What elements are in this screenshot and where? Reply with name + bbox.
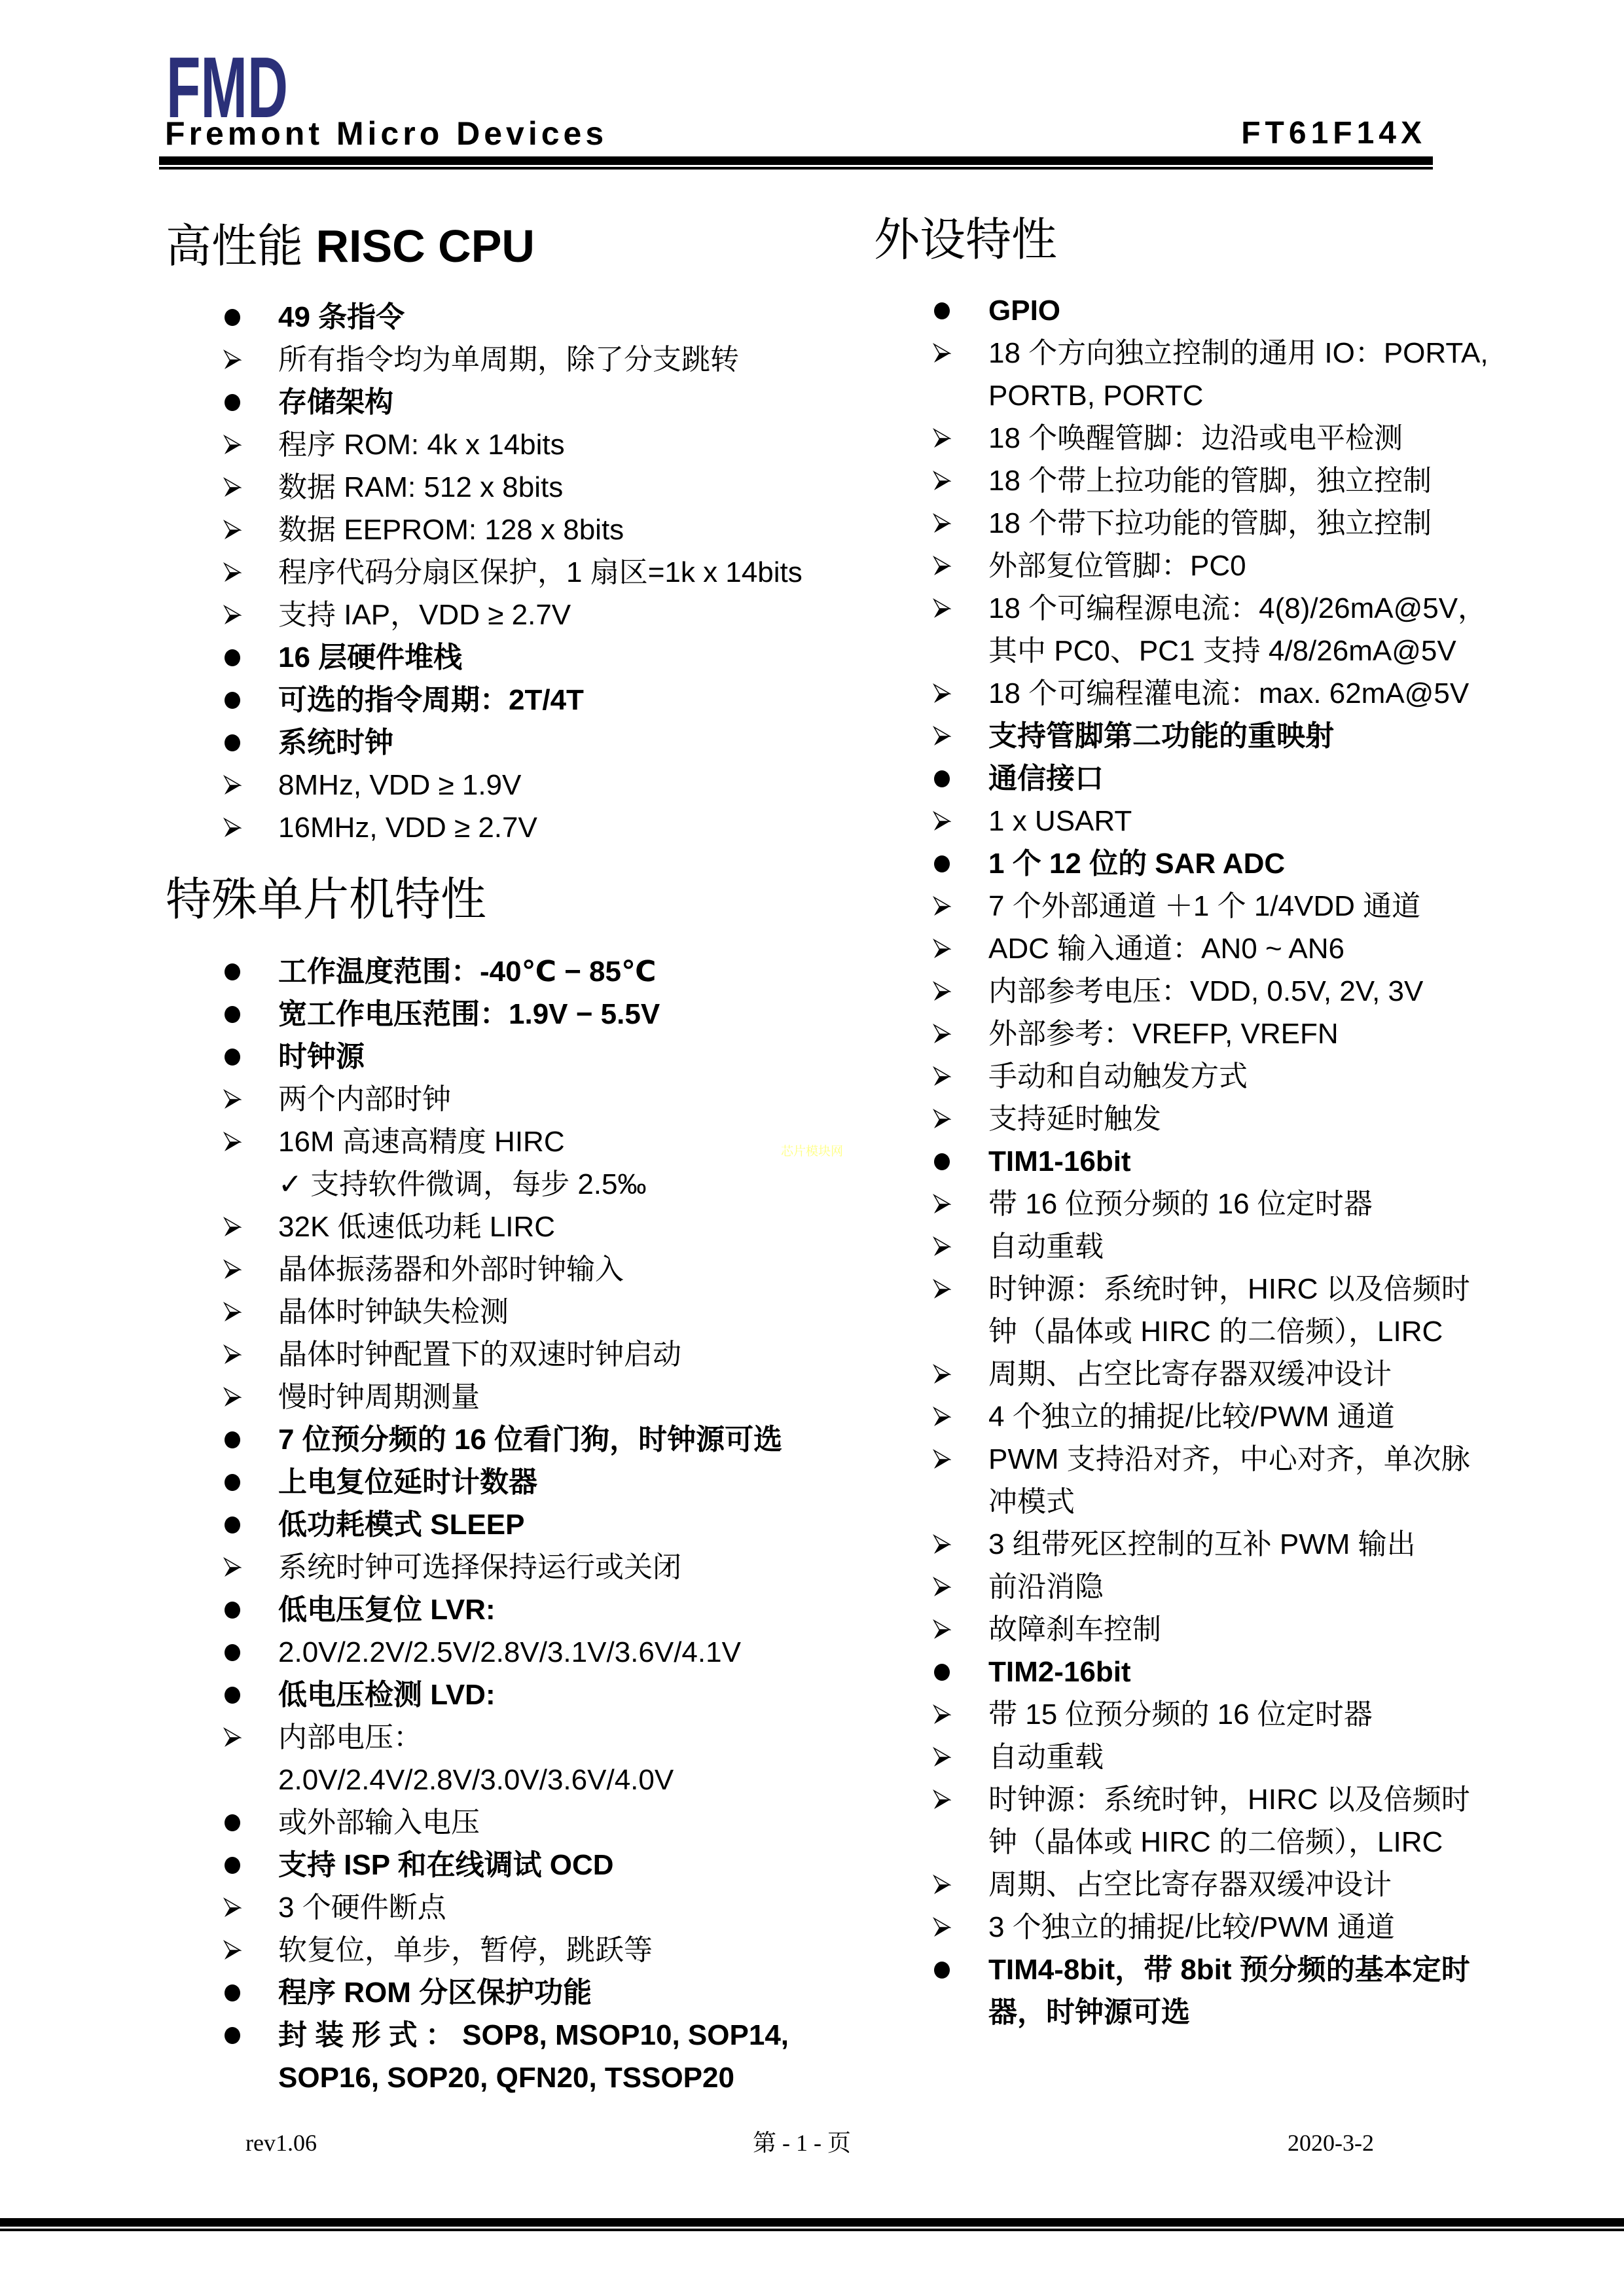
list-item-text: TIM2-16bit bbox=[988, 1651, 1131, 1693]
list-item-text: 4 个独立的捕捉/比较/PWM 通道 bbox=[988, 1395, 1395, 1438]
list-item-text: 慢时钟周期测量 bbox=[278, 1376, 480, 1418]
part-number: FT61F14X bbox=[1241, 115, 1426, 152]
bullet-dot-icon bbox=[219, 296, 245, 338]
arrow-bullet-icon bbox=[929, 1906, 955, 1948]
arrow-bullet-icon bbox=[929, 1438, 955, 1480]
list-item-text: 可选的指令周期：2T/4T bbox=[278, 679, 584, 721]
list-item-text: PORTB, PORTC bbox=[988, 374, 1203, 417]
list-item-text: 程序 ROM: 4k x 14bits bbox=[278, 423, 565, 466]
heading-cn: 外设特性 bbox=[874, 214, 1057, 265]
list-item-text: 1 x USART bbox=[988, 800, 1132, 842]
list-item-text: 16 层硬件堆栈 bbox=[278, 636, 462, 679]
list-item-text: 钟（晶体或 HIRC 的二倍频），LIRC bbox=[988, 1821, 1443, 1863]
list-item-text: 1 个 12 位的 SAR ADC bbox=[988, 842, 1285, 885]
list-item-text: 两个内部时钟 bbox=[278, 1078, 451, 1121]
list-item-text: PWM 支持沿对齐，中心对齐，单次脉 bbox=[988, 1438, 1470, 1480]
arrow-bullet-icon bbox=[929, 459, 955, 502]
logo-text: FMD bbox=[166, 52, 288, 119]
arrow-bullet-icon bbox=[929, 800, 955, 842]
list-item-text: 16MHz, VDD ≥ 2.7V bbox=[278, 806, 537, 849]
arrow-bullet-icon bbox=[929, 927, 955, 970]
arrow-bullet-icon bbox=[219, 1376, 245, 1418]
arrow-bullet-icon bbox=[929, 587, 955, 630]
list-item-text: 手动和自动触发方式 bbox=[988, 1055, 1248, 1098]
list-item-text: 3 个独立的捕捉/比较/PWM 通道 bbox=[988, 1906, 1395, 1948]
header-rule-thick bbox=[159, 156, 1433, 165]
list-item-text: 钟（晶体或 HIRC 的二倍频），LIRC bbox=[988, 1310, 1443, 1353]
arrow-bullet-icon bbox=[219, 1248, 245, 1291]
list-item-text: 支持管脚第二功能的重映射 bbox=[988, 715, 1334, 757]
list-item-text: 支持延时触发 bbox=[988, 1098, 1161, 1140]
arrow-bullet-icon bbox=[219, 1206, 245, 1248]
list-item-text: 3 组带死区控制的互补 PWM 输出 bbox=[988, 1523, 1416, 1566]
arrow-bullet-icon bbox=[219, 1078, 245, 1121]
list-item-text: 晶体时钟缺失检测 bbox=[278, 1291, 509, 1333]
arrow-bullet-icon bbox=[929, 1183, 955, 1225]
list-item-text: 存储架构 bbox=[278, 381, 393, 423]
list-item-text: 周期、占空比寄存器双缓冲设计 bbox=[988, 1863, 1392, 1906]
arrow-bullet-icon bbox=[929, 1693, 955, 1736]
list-item-text: 低功耗模式 SLEEP bbox=[278, 1503, 525, 1546]
list-item-text: 冲模式 bbox=[988, 1480, 1075, 1523]
footer-page-number: 第 - 1 - 页 bbox=[753, 2127, 851, 2159]
list-item-text: 低电压检测 LVD: bbox=[278, 1674, 496, 1716]
footer-revision: rev1.06 bbox=[245, 2127, 317, 2159]
arrow-bullet-icon bbox=[219, 1333, 245, 1376]
list-item-text: 器，时钟源可选 bbox=[988, 1991, 1190, 2034]
bullet-dot-icon bbox=[929, 1140, 955, 1183]
list-item-text: 16M 高速高精度 HIRC bbox=[278, 1121, 565, 1163]
footer-rule-thick bbox=[0, 2218, 1624, 2227]
arrow-bullet-icon bbox=[219, 764, 245, 806]
list-item-text: 数据 RAM: 512 x 8bits bbox=[278, 466, 563, 509]
arrow-bullet-icon bbox=[929, 332, 955, 374]
list-item-text: 工作温度范围：-40℃ − 85℃ bbox=[278, 950, 656, 993]
bullet-dot-icon bbox=[219, 1418, 245, 1461]
list-item-text: 宽工作电压范围：1.9V − 5.5V bbox=[278, 993, 660, 1035]
list-item-text: 18 个唤醒管脚：边沿或电平检测 bbox=[988, 417, 1403, 459]
section-heading-peripherals: 外设特性 bbox=[874, 213, 1057, 266]
list-item-text: 2.0V/2.4V/2.8V/3.0V/3.6V/4.0V bbox=[278, 1759, 674, 1801]
list-item-text: 故障刹车控制 bbox=[988, 1608, 1161, 1651]
list-item-text: 前沿消隐 bbox=[988, 1566, 1104, 1608]
arrow-bullet-icon bbox=[929, 1225, 955, 1268]
arrow-bullet-icon bbox=[219, 806, 245, 849]
list-item-text: 或外部输入电压 bbox=[278, 1801, 480, 1844]
list-item-text: TIM1-16bit bbox=[988, 1140, 1131, 1183]
list-item-text: ✓ 支持软件微调，每步 2.5‰ bbox=[278, 1163, 646, 1206]
arrow-bullet-icon bbox=[929, 545, 955, 587]
list-item-text: ADC 输入通道：AN0 ~ AN6 bbox=[988, 927, 1344, 970]
watermark: 芯片模块网 bbox=[781, 1141, 843, 1159]
list-item-text: 18 个带上拉功能的管脚，独立控制 bbox=[988, 459, 1432, 502]
arrow-bullet-icon bbox=[929, 1098, 955, 1140]
list-item-text: 3 个硬件断点 bbox=[278, 1886, 446, 1929]
arrow-bullet-icon bbox=[929, 502, 955, 545]
list-item-text: 支持 IAP，VDD ≥ 2.7V bbox=[278, 594, 571, 636]
heading-cn: 特殊单片机特性 bbox=[166, 874, 486, 925]
bullet-dot-icon bbox=[219, 950, 245, 993]
arrow-bullet-icon bbox=[929, 715, 955, 757]
list-item-text: 晶体时钟配置下的双速时钟启动 bbox=[278, 1333, 681, 1376]
arrow-bullet-icon bbox=[219, 1291, 245, 1333]
arrow-bullet-icon bbox=[219, 551, 245, 594]
list-item-text: 7 个外部通道 ＋1 个 1/4VDD 通道 bbox=[988, 885, 1420, 927]
list-item-text: 周期、占空比寄存器双缓冲设计 bbox=[988, 1353, 1392, 1395]
bullet-dot-icon bbox=[219, 1801, 245, 1844]
bullet-dot-icon bbox=[219, 1674, 245, 1716]
list-item-text: 2.0V/2.2V/2.5V/2.8V/3.1V/3.6V/4.1V bbox=[278, 1631, 741, 1674]
list-item-text: 18 个可编程灌电流：max. 62mA@5V bbox=[988, 672, 1469, 715]
arrow-bullet-icon bbox=[219, 466, 245, 509]
list-item-text: 自动重载 bbox=[988, 1225, 1104, 1268]
list-item-text: 18 个可编程源电流：4(8)/26mA@5V， bbox=[988, 587, 1487, 630]
list-item-text: 18 个方向独立控制的通用 IO：PORTA, bbox=[988, 332, 1489, 374]
section-heading-mcu-features: 特殊单片机特性 bbox=[166, 873, 486, 925]
bullet-dot-icon bbox=[219, 679, 245, 721]
arrow-bullet-icon bbox=[929, 1268, 955, 1310]
arrow-bullet-icon bbox=[929, 1523, 955, 1566]
list-item-text: 支持 ISP 和在线调试 OCD bbox=[278, 1844, 614, 1886]
list-item-text: 程序代码分扇区保护，1 扇区=1k x 14bits bbox=[278, 551, 803, 594]
arrow-bullet-icon bbox=[219, 338, 245, 381]
arrow-bullet-icon bbox=[929, 885, 955, 927]
arrow-bullet-icon bbox=[219, 594, 245, 636]
bullet-dot-icon bbox=[219, 993, 245, 1035]
list-item-text: 系统时钟 bbox=[278, 721, 393, 764]
arrow-bullet-icon bbox=[929, 1608, 955, 1651]
bullet-dot-icon bbox=[219, 636, 245, 679]
list-item-text: 低电压复位 LVR: bbox=[278, 1588, 496, 1631]
bullet-dot-icon bbox=[219, 1971, 245, 2014]
bullet-dot-icon bbox=[929, 842, 955, 885]
list-item-text: 49 条指令 bbox=[278, 296, 405, 338]
list-item-text: 内部电压： bbox=[278, 1716, 422, 1759]
list-item-text: 所有指令均为单周期，除了分支跳转 bbox=[278, 338, 739, 381]
arrow-bullet-icon bbox=[929, 417, 955, 459]
arrow-bullet-icon bbox=[929, 1566, 955, 1608]
bullet-dot-icon bbox=[219, 2014, 245, 2056]
footer-rule-thin bbox=[0, 2229, 1624, 2231]
arrow-bullet-icon bbox=[929, 1013, 955, 1055]
bullet-dot-icon bbox=[219, 721, 245, 764]
arrow-bullet-icon bbox=[219, 1929, 245, 1971]
list-item-text: 其中 PC0、PC1 支持 4/8/26mA@5V bbox=[988, 630, 1456, 672]
bullet-dot-icon bbox=[219, 381, 245, 423]
list-item-text: 程序 ROM 分区保护功能 bbox=[278, 1971, 592, 2014]
list-item-text: 数据 EEPROM: 128 x 8bits bbox=[278, 509, 624, 551]
bullet-dot-icon bbox=[929, 1948, 955, 1991]
fmd-logo: FMD bbox=[165, 52, 289, 119]
header-rule-thin bbox=[159, 167, 1433, 170]
section-heading-cpu: 高性能 RISC CPU bbox=[166, 220, 535, 272]
heading-cn: 高性能 bbox=[166, 221, 303, 272]
arrow-bullet-icon bbox=[929, 1863, 955, 1906]
arrow-bullet-icon bbox=[929, 1395, 955, 1438]
arrow-bullet-icon bbox=[929, 970, 955, 1013]
arrow-bullet-icon bbox=[219, 509, 245, 551]
bullet-dot-icon bbox=[219, 1588, 245, 1631]
list-item-text: 18 个带下拉功能的管脚，独立控制 bbox=[988, 502, 1432, 545]
arrow-bullet-icon bbox=[219, 1546, 245, 1588]
list-item-text: 时钟源 bbox=[278, 1035, 365, 1078]
arrow-bullet-icon bbox=[929, 1778, 955, 1821]
list-item-text: 时钟源：系统时钟，HIRC 以及倍频时 bbox=[988, 1268, 1470, 1310]
bullet-dot-icon bbox=[219, 1461, 245, 1503]
bullet-dot-icon bbox=[219, 1503, 245, 1546]
list-item-text: 外部参考：VREFP, VREFN bbox=[988, 1013, 1339, 1055]
footer-date: 2020-3-2 bbox=[1288, 2127, 1374, 2159]
list-item-text: 外部复位管脚：PC0 bbox=[988, 545, 1246, 587]
arrow-bullet-icon bbox=[219, 1886, 245, 1929]
list-item-text: GPIO bbox=[988, 289, 1060, 332]
bullet-dot-icon bbox=[219, 1035, 245, 1078]
bullet-dot-icon bbox=[929, 1651, 955, 1693]
list-item-text: 带 16 位预分频的 16 位定时器 bbox=[988, 1183, 1373, 1225]
arrow-bullet-icon bbox=[929, 1055, 955, 1098]
list-item-text: TIM4-8bit，带 8bit 预分频的基本定时 bbox=[988, 1948, 1470, 1991]
company-name: Fremont Micro Devices bbox=[165, 115, 607, 152]
arrow-bullet-icon bbox=[929, 1353, 955, 1395]
list-item-text: 通信接口 bbox=[988, 757, 1104, 800]
arrow-bullet-icon bbox=[929, 672, 955, 715]
arrow-bullet-icon bbox=[219, 1716, 245, 1759]
arrow-bullet-icon bbox=[929, 1736, 955, 1778]
list-item-text: 自动重载 bbox=[988, 1736, 1104, 1778]
list-item-text: 7 位预分频的 16 位看门狗，时钟源可选 bbox=[278, 1418, 782, 1461]
bullet-dot-icon bbox=[219, 1844, 245, 1886]
bullet-dot-icon bbox=[929, 289, 955, 332]
list-item-text: 8MHz, VDD ≥ 1.9V bbox=[278, 764, 521, 806]
list-item-text: 32K 低速低功耗 LIRC bbox=[278, 1206, 555, 1248]
list-item-text: 上电复位延时计数器 bbox=[278, 1461, 537, 1503]
list-item-text: 带 15 位预分频的 16 位定时器 bbox=[988, 1693, 1373, 1736]
arrow-bullet-icon bbox=[219, 1121, 245, 1163]
list-item-text: 软复位，单步，暂停，跳跃等 bbox=[278, 1929, 653, 1971]
list-item-text: SOP16, SOP20, QFN20, TSSOP20 bbox=[278, 2056, 734, 2099]
bullet-dot-icon bbox=[929, 757, 955, 800]
arrow-bullet-icon bbox=[219, 423, 245, 466]
list-item-text: 封 装 形 式 ： SOP8, MSOP10, SOP14, bbox=[278, 2014, 789, 2056]
list-item-text: 内部参考电压：VDD, 0.5V, 2V, 3V bbox=[988, 970, 1423, 1013]
list-item-text: 系统时钟可选择保持运行或关闭 bbox=[278, 1546, 681, 1588]
list-item-text: 时钟源：系统时钟，HIRC 以及倍频时 bbox=[988, 1778, 1470, 1821]
heading-en: RISC CPU bbox=[316, 221, 534, 272]
bullet-dot-icon bbox=[219, 1631, 245, 1674]
list-item-text: 晶体振荡器和外部时钟输入 bbox=[278, 1248, 624, 1291]
